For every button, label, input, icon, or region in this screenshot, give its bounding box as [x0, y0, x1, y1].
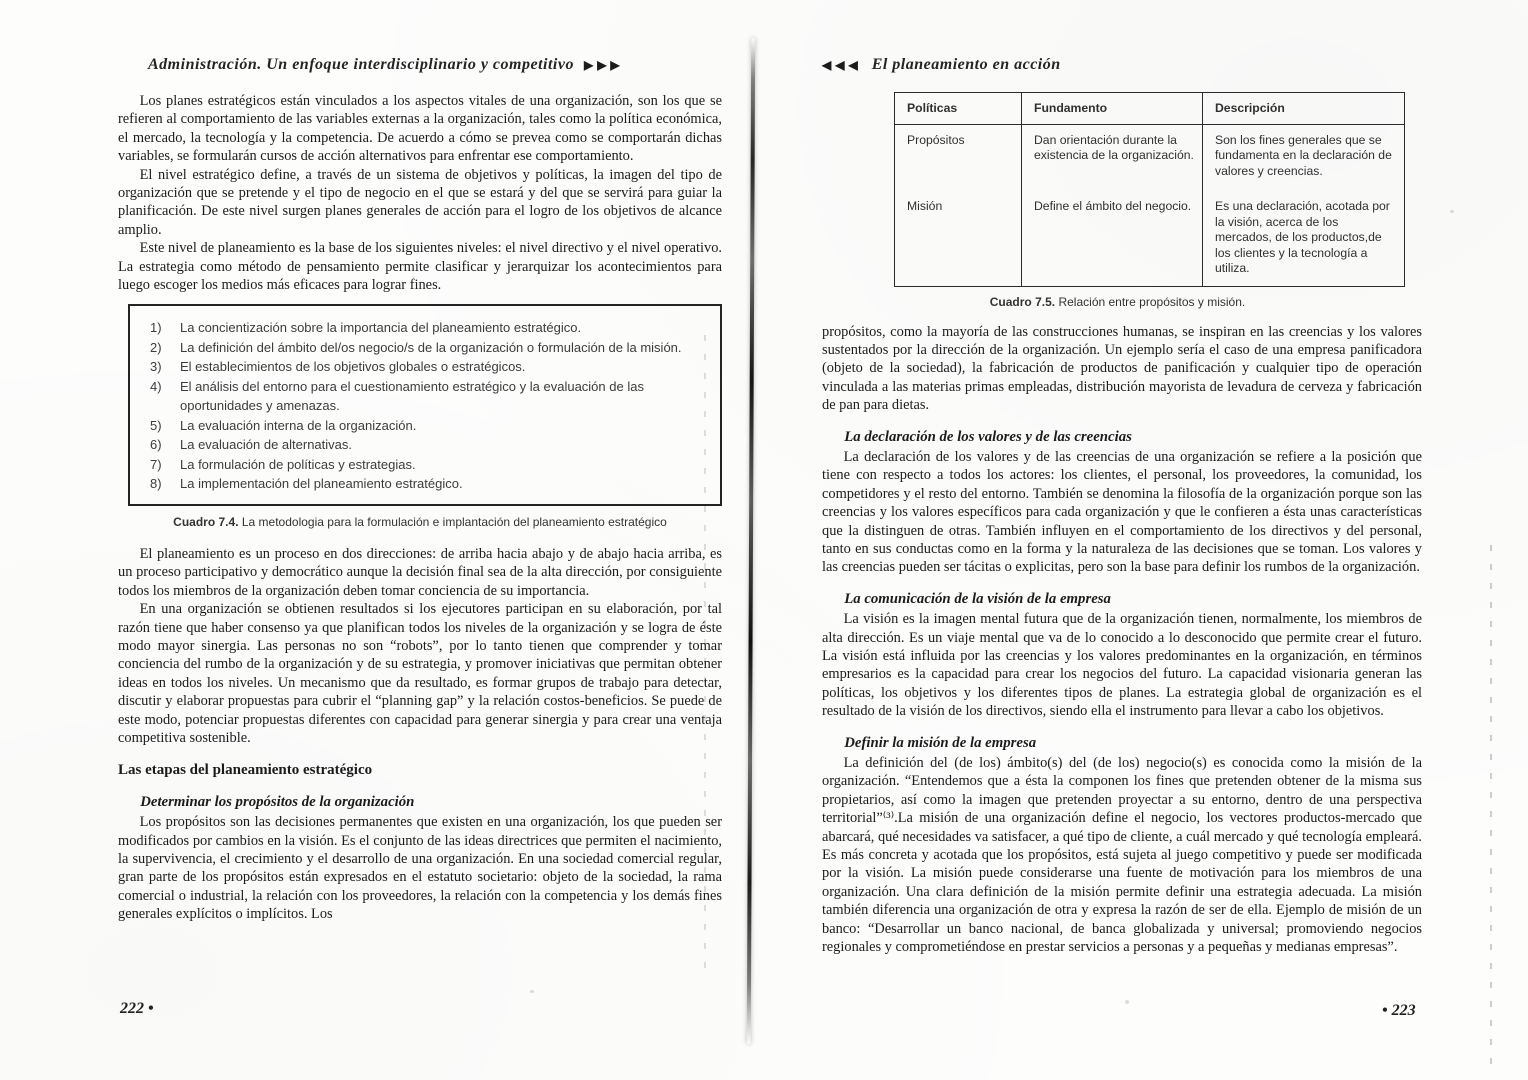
- list-item-text: La concientización sobre la importancia …: [180, 318, 708, 338]
- table-cell: Dan orientación durante la existencia de…: [1022, 124, 1203, 191]
- right-running-head: ◀◀◀El planeamiento en acción: [822, 56, 1422, 74]
- body-paragraph: En una organización se obtienen resultad…: [118, 600, 722, 747]
- scan-speck: [156, 285, 159, 288]
- caption-text: La metodologia para la formulación e imp…: [242, 515, 667, 529]
- right-running-head-text: El planeamiento en acción: [872, 56, 1061, 73]
- list-item-number: 8): [150, 474, 180, 494]
- list-item-number: 4): [150, 377, 180, 416]
- list-item-text: El establecimientos de los objetivos glo…: [180, 357, 708, 377]
- left-page: Administración. Un enfoque interdiscipli…: [118, 56, 722, 924]
- body-paragraph: La definición del (de los) ámbito(s) del…: [822, 754, 1422, 956]
- table-cell: Misión: [895, 191, 1022, 286]
- subsection-heading: La declaración de los valores y de las c…: [822, 428, 1422, 446]
- back-arrows-icon: ◀◀◀: [822, 58, 862, 72]
- cuadro-7-5-table-wrap: Políticas Fundamento Descripción Propósi…: [894, 92, 1341, 309]
- caption-text: Relación entre propósitos y misión.: [1058, 295, 1245, 309]
- section-heading: Las etapas del planeamiento estratégico: [118, 761, 722, 779]
- list-item: 8)La implementación del planeamiento est…: [150, 474, 708, 494]
- table-cell: Propósitos: [895, 124, 1022, 191]
- list-item-text: La implementación del planeamiento estra…: [180, 474, 708, 494]
- body-paragraph: La visión es la imagen mental futura que…: [822, 610, 1422, 720]
- cuadro-7-4-box: 1)La concientización sobre la importanci…: [128, 304, 722, 506]
- scan-speck: [1125, 1000, 1129, 1004]
- scan-edge-noise: [1490, 545, 1492, 1070]
- list-item-number: 3): [150, 357, 180, 377]
- scan-speck: [530, 990, 534, 993]
- table-cell: Define el ámbito del negocio.: [1022, 191, 1203, 286]
- right-page: ◀◀◀El planeamiento en acción Políticas F…: [822, 56, 1422, 957]
- scan-speck: [1450, 210, 1454, 213]
- book-scan: Administración. Un enfoque interdiscipli…: [0, 0, 1528, 1080]
- table-header-row: Políticas Fundamento Descripción: [895, 93, 1405, 125]
- table-header-cell: Políticas: [895, 93, 1022, 125]
- list-item: 3)El establecimientos de los objetivos g…: [150, 357, 708, 377]
- list-item-number: 1): [150, 318, 180, 338]
- caption-label: Cuadro 7.5.: [990, 295, 1055, 309]
- body-paragraph: La declaración de los valores y de las c…: [822, 448, 1422, 577]
- subsection-heading: La comunicación de la visión de la empre…: [822, 590, 1422, 608]
- body-paragraph: El nivel estratégico define, a través de…: [118, 166, 722, 240]
- body-paragraph: Los planes estratégicos están vinculados…: [118, 92, 722, 166]
- table-row: Misión Define el ámbito del negocio. Es …: [895, 191, 1405, 286]
- list-item-text: La formulación de políticas y estrategia…: [180, 455, 708, 475]
- list-item-text: La evaluación interna de la organización…: [180, 416, 708, 436]
- table-cell: Es una declaración, acotada por la visió…: [1203, 191, 1405, 286]
- cuadro-7-5-caption: Cuadro 7.5. Relación entre propósitos y …: [894, 295, 1341, 309]
- cuadro-7-5-table: Políticas Fundamento Descripción Propósi…: [894, 92, 1405, 287]
- left-running-head: Administración. Un enfoque interdiscipli…: [118, 56, 722, 74]
- list-item-number: 2): [150, 338, 180, 358]
- list-item-number: 6): [150, 435, 180, 455]
- caption-label: Cuadro 7.4.: [173, 515, 238, 529]
- list-item: 7)La formulación de políticas y estrateg…: [150, 455, 708, 475]
- body-paragraph: Este nivel de planeamiento es la base de…: [118, 239, 722, 294]
- table-row: Propósitos Dan orientación durante la ex…: [895, 124, 1405, 191]
- list-item: 2)La definición del ámbito del/os negoci…: [150, 338, 708, 358]
- body-paragraph: Los propósitos son las decisiones perman…: [118, 813, 722, 923]
- list-item-text: La evaluación de alternativas.: [180, 435, 708, 455]
- list-item: 5)La evaluación interna de la organizaci…: [150, 416, 708, 436]
- subsection-heading: Determinar los propósitos de la organiza…: [118, 793, 722, 811]
- list-item-number: 7): [150, 455, 180, 475]
- subsection-heading: Definir la misión de la empresa: [822, 734, 1422, 752]
- body-paragraph: El planeamiento es un proceso en dos dir…: [118, 545, 722, 600]
- body-paragraph: propósitos, como la mayoría de las const…: [822, 323, 1422, 415]
- forward-arrows-icon: ▶▶▶: [584, 58, 624, 72]
- table-header-cell: Fundamento: [1022, 93, 1203, 125]
- list-item: 6)La evaluación de alternativas.: [150, 435, 708, 455]
- page-gutter-shadow: [747, 38, 755, 1044]
- list-item-text: La definición del ámbito del/os negocio/…: [180, 338, 708, 358]
- list-item: 1)La concientización sobre la importanci…: [150, 318, 708, 338]
- list-item-number: 5): [150, 416, 180, 436]
- list-item: 4)El análisis del entorno para el cuesti…: [150, 377, 708, 416]
- page-number-left: 222 •: [120, 1000, 154, 1018]
- page-number-right: • 223: [1382, 1002, 1416, 1020]
- cuadro-7-4-caption: Cuadro 7.4. La metodologia para la formu…: [118, 515, 722, 529]
- left-running-head-text: Administración. Un enfoque interdiscipli…: [148, 56, 574, 73]
- table-header-cell: Descripción: [1203, 93, 1405, 125]
- scan-speck: [210, 190, 214, 193]
- list-item-text: El análisis del entorno para el cuestion…: [180, 377, 708, 416]
- table-cell: Son los fines generales que se fundament…: [1203, 124, 1405, 191]
